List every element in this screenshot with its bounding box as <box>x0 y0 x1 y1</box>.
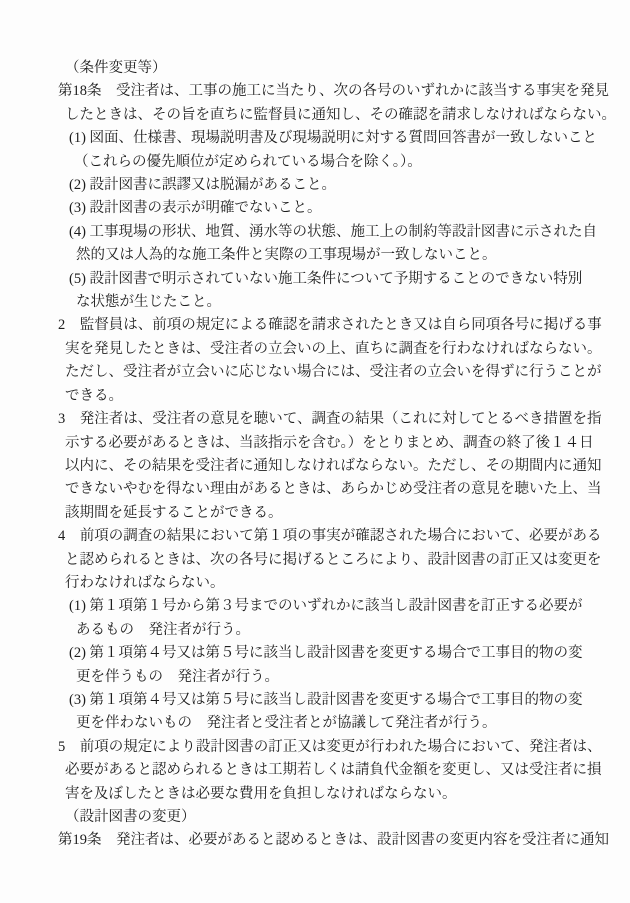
document-line: 更を伴わないもの 発注者と受注者とが協議して発注者が行う。 <box>58 712 616 735</box>
list-item-line: (3) 設計図書の表示が明確でないこと。 <box>58 197 616 220</box>
article-line: 第18条 受注者は、工事の施工に当たり、次の各号のいずれかに該当する事実を発見 <box>58 80 616 103</box>
document-line: できる。 <box>58 385 616 408</box>
document-line: したときは、その旨を直ちに監督員に通知し、その確認を請求しなければならない。 <box>58 104 616 127</box>
document-line: ただし、受注者が立会いに応じない場合には、受注者の立会いを得ずに行うことが <box>58 361 616 384</box>
list-item-line: (2) 設計図書に誤謬又は脱漏があること。 <box>58 174 616 197</box>
document-line: 実を発見したときは、受注者の立会いの上、直ちに調査を行わなければならない。 <box>58 338 616 361</box>
list-item-line: (1) 第１項第１号から第３号までのいずれかに該当し設計図書を訂正する必要が <box>58 595 616 618</box>
document-line: 示する必要があるときは、当該指示を含む。）をとりまとめ、調査の終了後１４日 <box>58 432 616 455</box>
document-line: 更を伴うもの 発注者が行う。 <box>58 666 616 689</box>
article-line: 4 前項の調査の結果において第１項の事実が確認された場合において、必要がある <box>58 525 616 548</box>
article-line: 第19条 発注者は、必要があると認めるときは、設計図書の変更内容を受注者に通知 <box>58 829 616 852</box>
list-item-line: (3) 第１項第４号又は第５号に該当し設計図書を変更する場合で工事目的物の変 <box>58 689 616 712</box>
list-item-line: (5) 設計図書で明示されていない施工条件について予期することのできない特別 <box>58 268 616 291</box>
clause-heading: （設計図書の変更） <box>58 806 616 829</box>
document-line: 該期間を延長することができる。 <box>58 502 616 525</box>
document-line: と認められるときは、次の各号に掲げるところにより、設計図書の訂正又は変更を <box>58 549 616 572</box>
document-page: （条件変更等） 第18条 受注者は、工事の施工に当たり、次の各号のいずれかに該当… <box>0 0 630 903</box>
document-line: あるもの 発注者が行う。 <box>58 619 616 642</box>
document-line: 以内に、その結果を受注者に通知しなければならない。ただし、その期間内に通知 <box>58 455 616 478</box>
clause-heading: （条件変更等） <box>58 57 616 80</box>
document-line: （これらの優先順位が定められている場合を除く。）。 <box>58 151 616 174</box>
article-line: 3 発注者は、受注者の意見を聴いて、調査の結果（これに対してとるべき措置を指 <box>58 408 616 431</box>
document-line: 必要があると認められるときは工期若しくは請負代金額を変更し、又は受注者に損 <box>58 759 616 782</box>
document-line: な状態が生じたこと。 <box>58 291 616 314</box>
document-line: 害を及ぼしたときは必要な費用を負担しなければならない。 <box>58 783 616 806</box>
list-item-line: (1) 図面、仕様書、現場説明書及び現場説明に対する質問回答書が一致しないこと <box>58 127 616 150</box>
article-line: 5 前項の規定により設計図書の訂正又は変更が行われた場合において、発注者は、 <box>58 736 616 759</box>
list-item-line: (4) 工事現場の形状、地質、湧水等の状態、施工上の制約等設計図書に示された自 <box>58 221 616 244</box>
document-line: できないやむを得ない理由があるときは、あらかじめ受注者の意見を聴いた上、当 <box>58 478 616 501</box>
document-line: 然的又は人為的な施工条件と実際の工事現場が一致しないこと。 <box>58 244 616 267</box>
list-item-line: (2) 第１項第４号又は第５号に該当し設計図書を変更する場合で工事目的物の変 <box>58 642 616 665</box>
article-line: 2 監督員は、前項の規定による確認を請求されたとき又は自ら同項各号に掲げる事 <box>58 314 616 337</box>
document-line: 行わなければならない。 <box>58 572 616 595</box>
